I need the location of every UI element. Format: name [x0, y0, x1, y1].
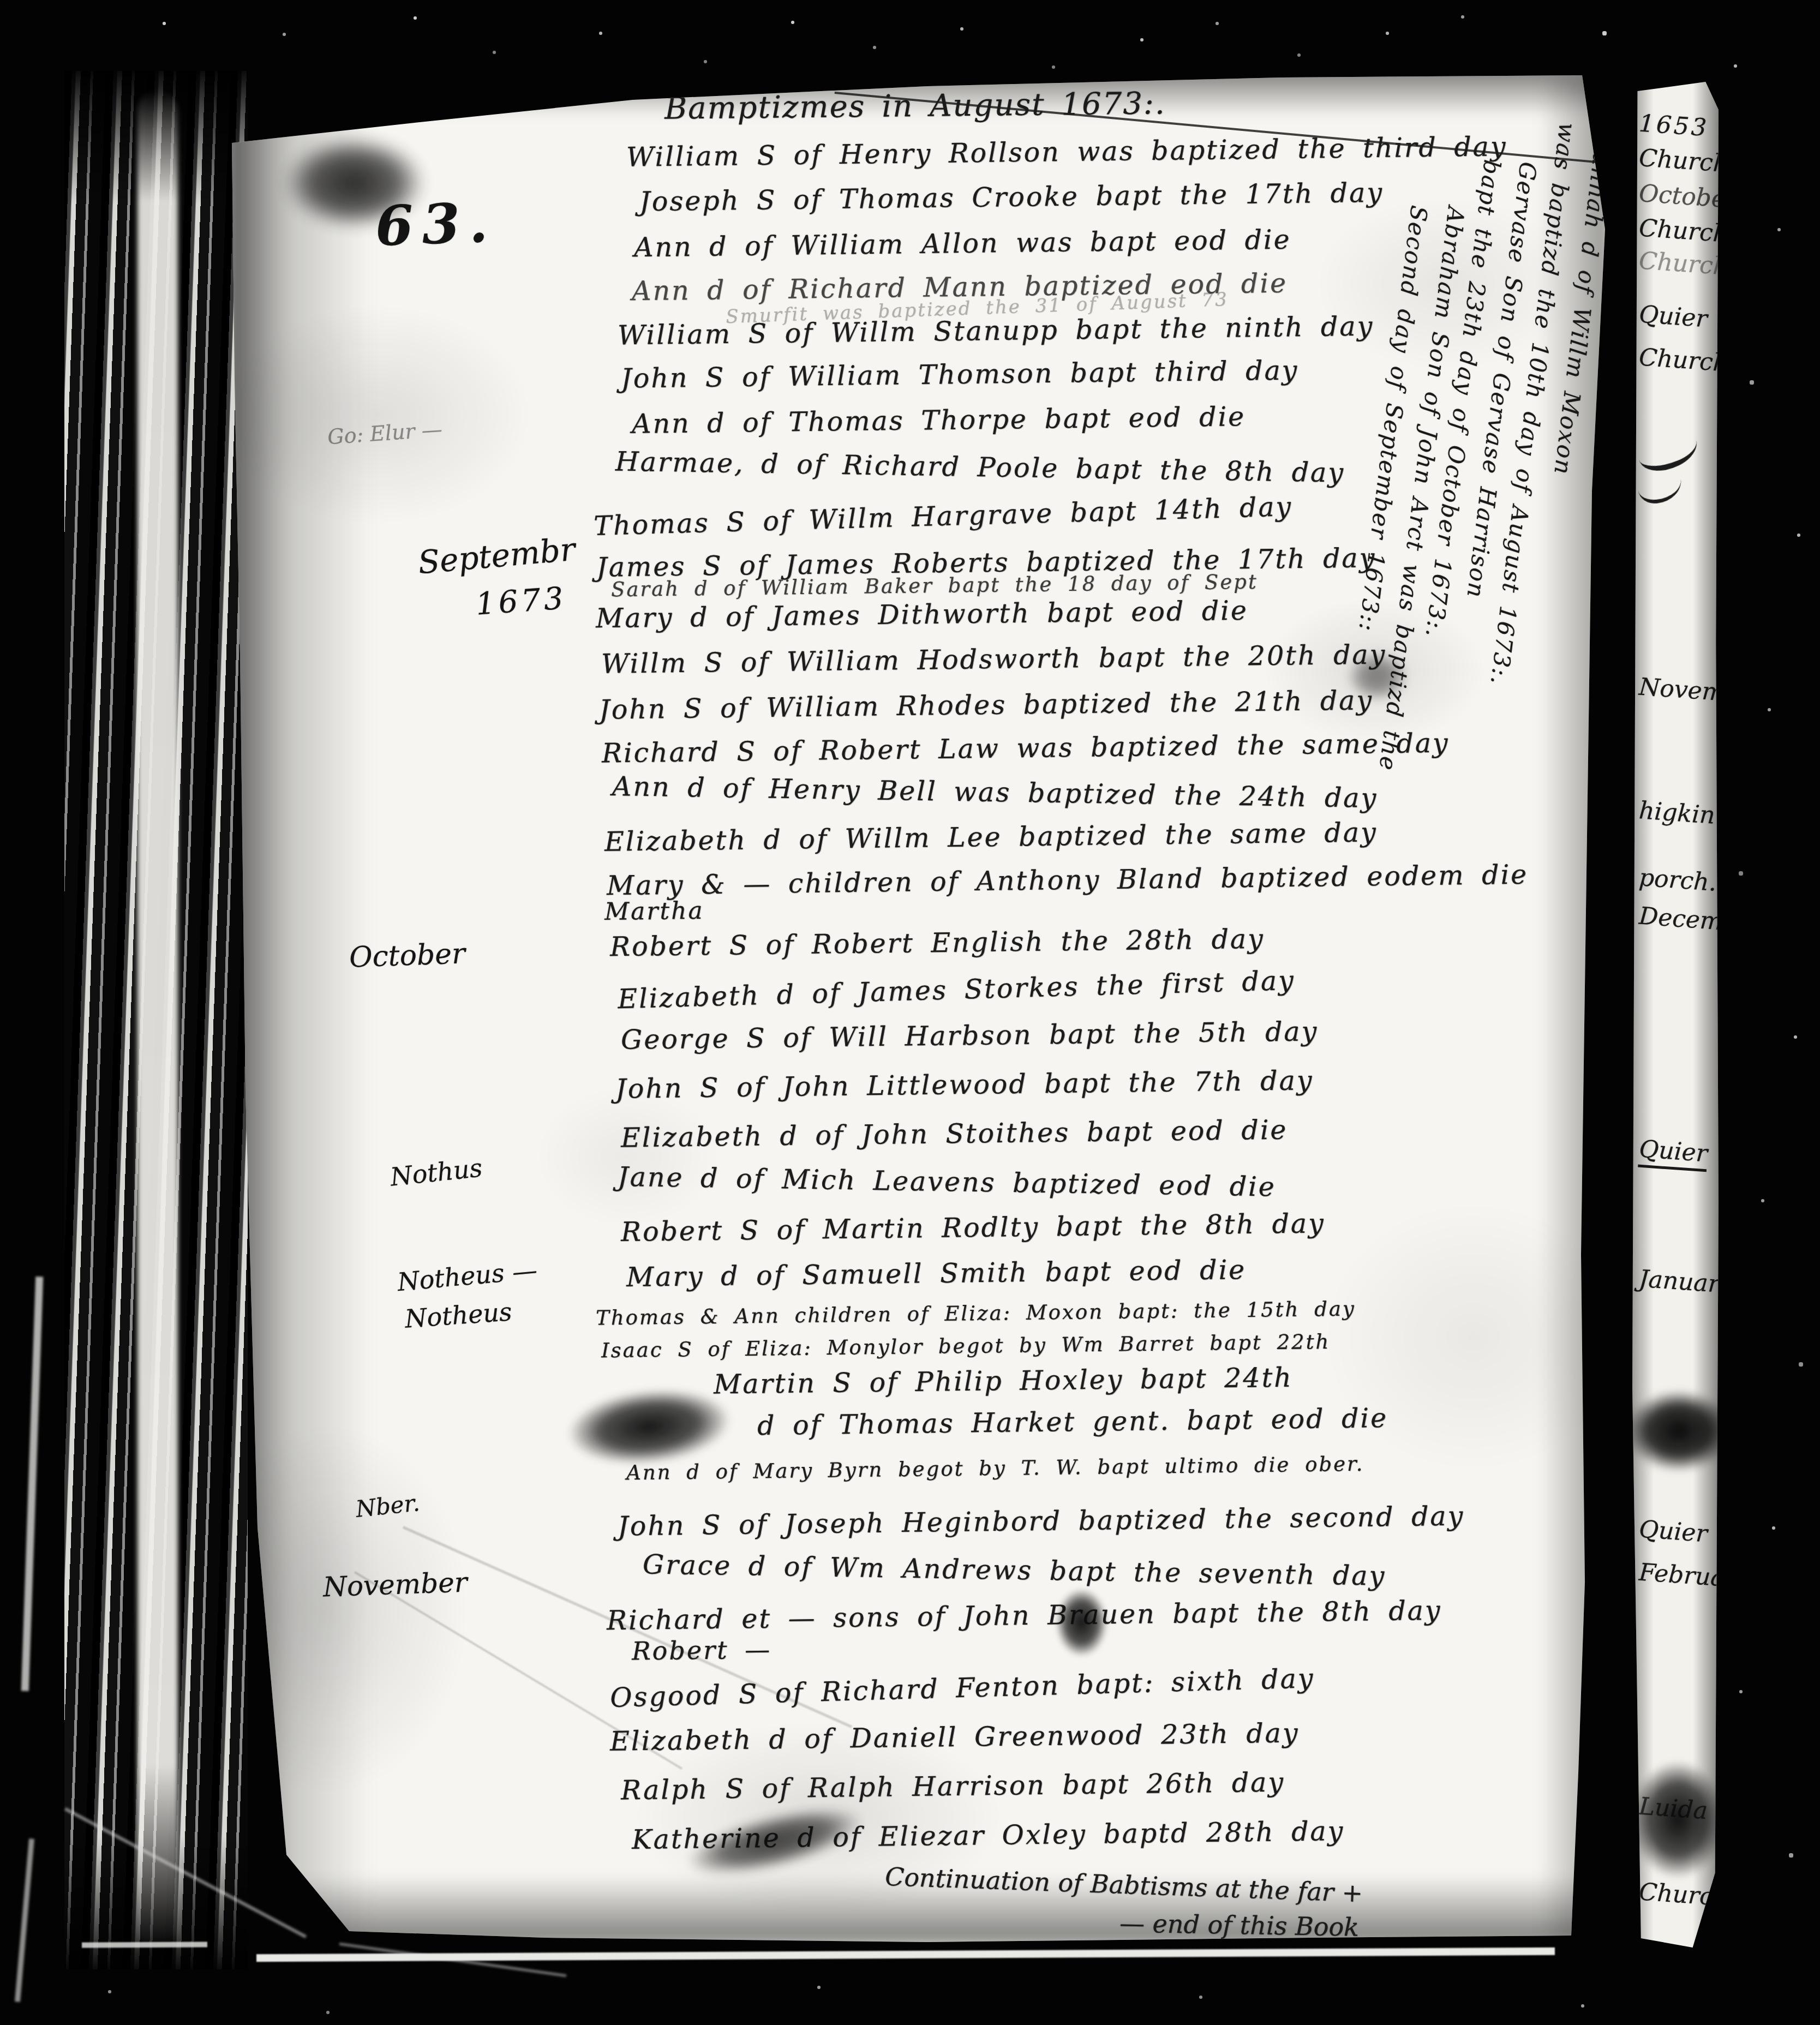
margin-note: October: [349, 937, 466, 974]
ink-blot: [1056, 1589, 1107, 1657]
page-bottom-edge: [82, 1942, 207, 1948]
scan-streak: [15, 1838, 34, 2002]
scan-noise-specks: [0, 0, 1, 1]
margin-note: November: [322, 1566, 468, 1603]
scanned-parish-register: Bamptizmes in August 1673:. William S of…: [0, 0, 1820, 2025]
scan-streak: [21, 1277, 44, 1691]
baptism-entry: Robert —: [632, 1634, 772, 1665]
ink-blot: [284, 136, 426, 229]
margin-note: 1673: [475, 580, 568, 622]
page-title: Bamptizmes in August 1673:.: [664, 86, 1166, 127]
ink-smudge: [1348, 652, 1408, 701]
page-edge-highlight: [137, 90, 178, 1950]
adjacent-page-strip: 1653Church.OctoberChurchChurchQuierChurc…: [1632, 82, 1719, 1948]
strip-edge-shadow: [1632, 82, 1719, 1948]
register-page: Bamptizmes in August 1673:. William S of…: [0, 0, 1820, 2025]
page-bottom-edge: [256, 1948, 1555, 1962]
footer-note-line2: — end of this Book: [1119, 1908, 1360, 1942]
baptism-entry: Martha: [604, 897, 704, 926]
